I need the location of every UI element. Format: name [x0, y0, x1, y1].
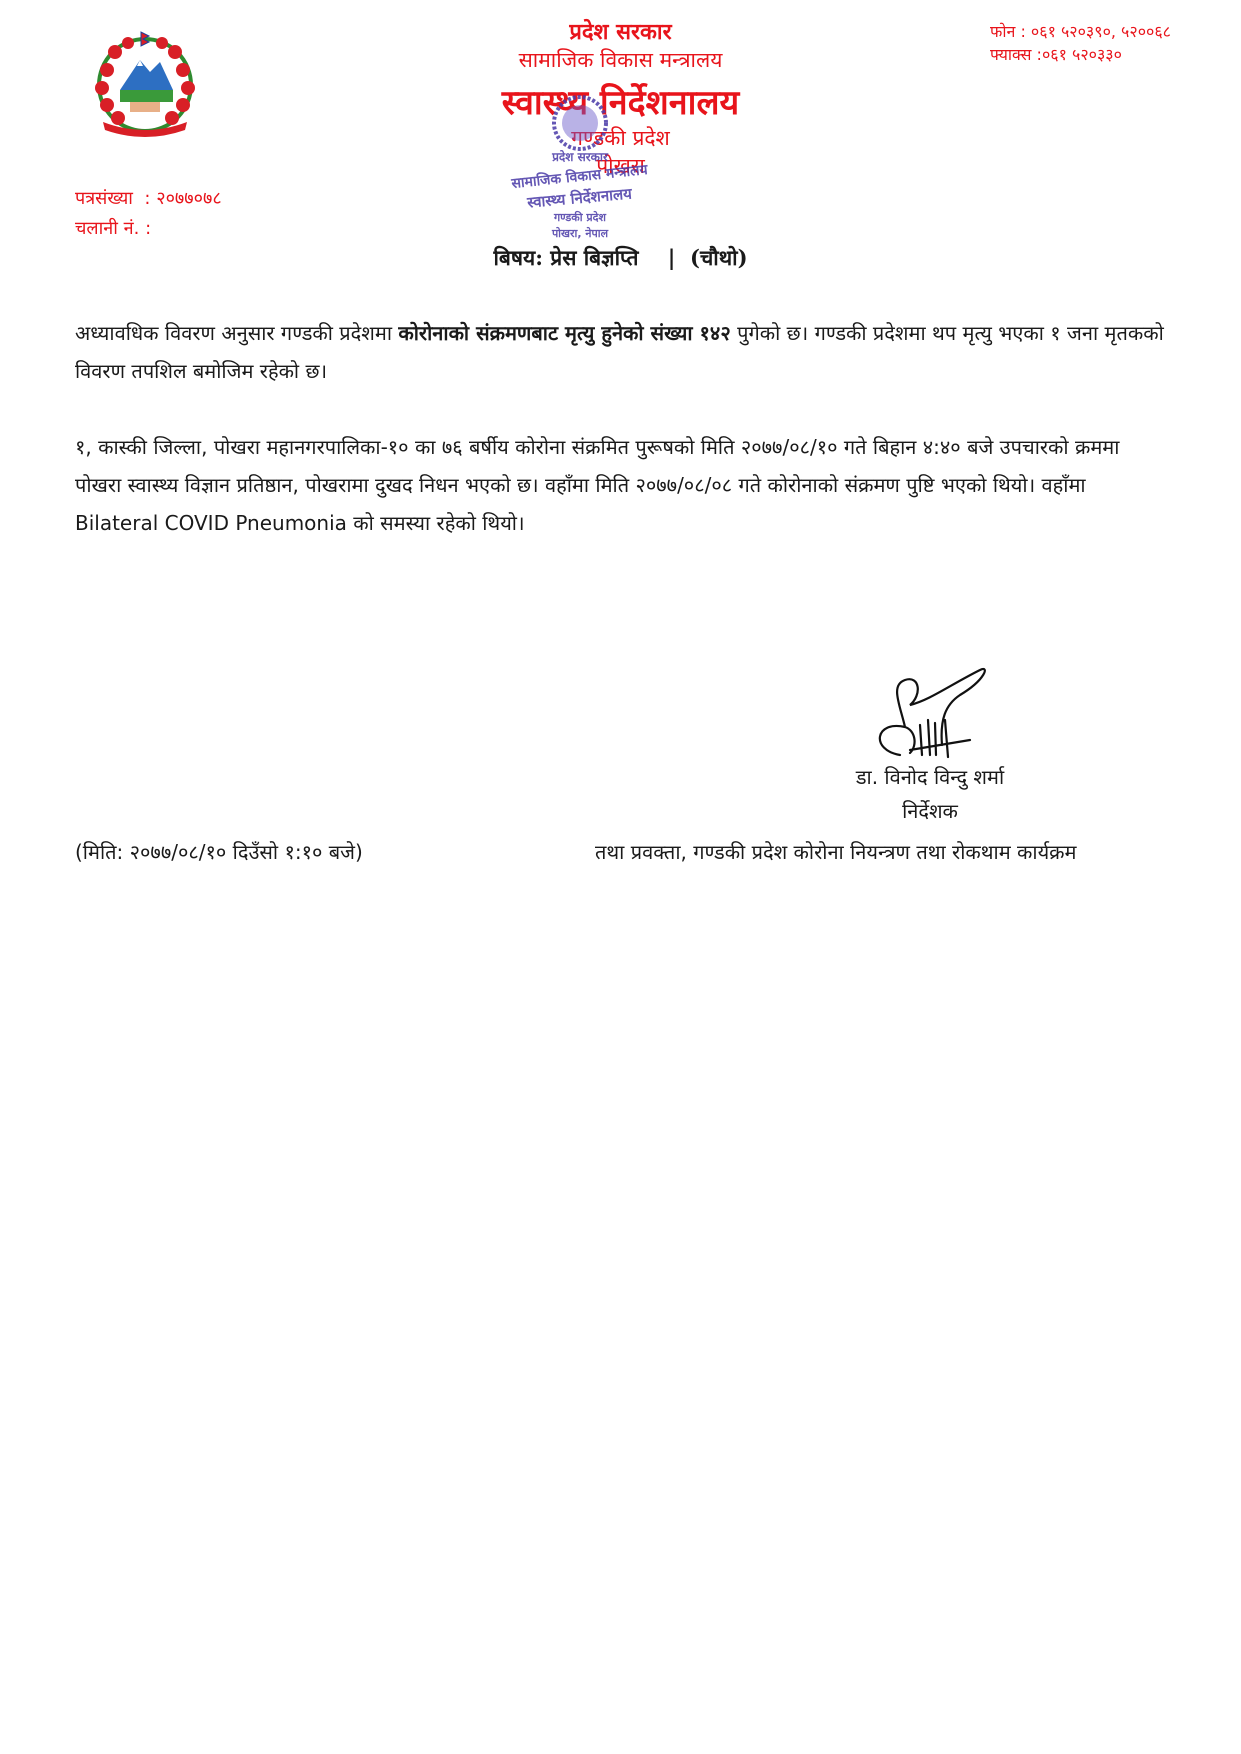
subject-line: बिषय: प्रेस बिज्ञप्ति | (चौथो) [0, 244, 1241, 272]
svg-text:पोखरा, नेपाल: पोखरा, नेपाल [551, 226, 609, 240]
signatory-name: डा. विनोद विन्दु शर्मा [780, 760, 1080, 794]
issue-date-time: (मिति: २०७७/०८/१० दिउँसो १:१० बजे) [75, 838, 363, 865]
phone-number: फोन : ०६१ ५२०३९०, ५२००६८ [990, 20, 1171, 43]
fax-number: फ्याक्स :०६१ ५२०३३० [990, 43, 1171, 66]
svg-text:प्रदेश सरकार: प्रदेश सरकार [551, 150, 609, 164]
reference-block: पत्रसंख्या : २०७७०७८ चलानी नं. : [75, 184, 222, 244]
death-count-highlight: कोरोनाको संक्रमणबाट मृत्यु हुनेको संख्या… [398, 321, 730, 345]
subject-separator: | [668, 245, 676, 270]
letter-number: पत्रसंख्या : २०७७०७८ [75, 184, 222, 214]
body-paragraph-2: १, कास्की जिल्ला, पोखरा महानगरपालिका-१० … [75, 428, 1170, 542]
subject-sequence: (चौथो) [690, 245, 748, 270]
handwritten-signature-icon [860, 665, 1010, 765]
svg-text:गण्डकी प्रदेश: गण्डकी प्रदेश [553, 210, 607, 224]
official-stamp-icon: प्रदेश सरकार सामाजिक विकास मन्त्रालय स्व… [495, 95, 665, 255]
contact-info: फोन : ०६१ ५२०३९०, ५२००६८ फ्याक्स :०६१ ५२… [990, 20, 1171, 66]
signatory-title: निर्देशक [780, 794, 1080, 828]
subject-text: बिषय: प्रेस बिज्ञप्ति [493, 245, 638, 270]
body-paragraph-1: अध्यावधिक विवरण अनुसार गण्डकी प्रदेशमा क… [75, 314, 1170, 390]
dispatch-number: चलानी नं. : [75, 214, 222, 244]
signatory-block: डा. विनोद विन्दु शर्मा निर्देशक [780, 760, 1080, 828]
signatory-role: तथा प्रवक्ता, गण्डकी प्रदेश कोरोना नियन्… [595, 838, 1077, 865]
